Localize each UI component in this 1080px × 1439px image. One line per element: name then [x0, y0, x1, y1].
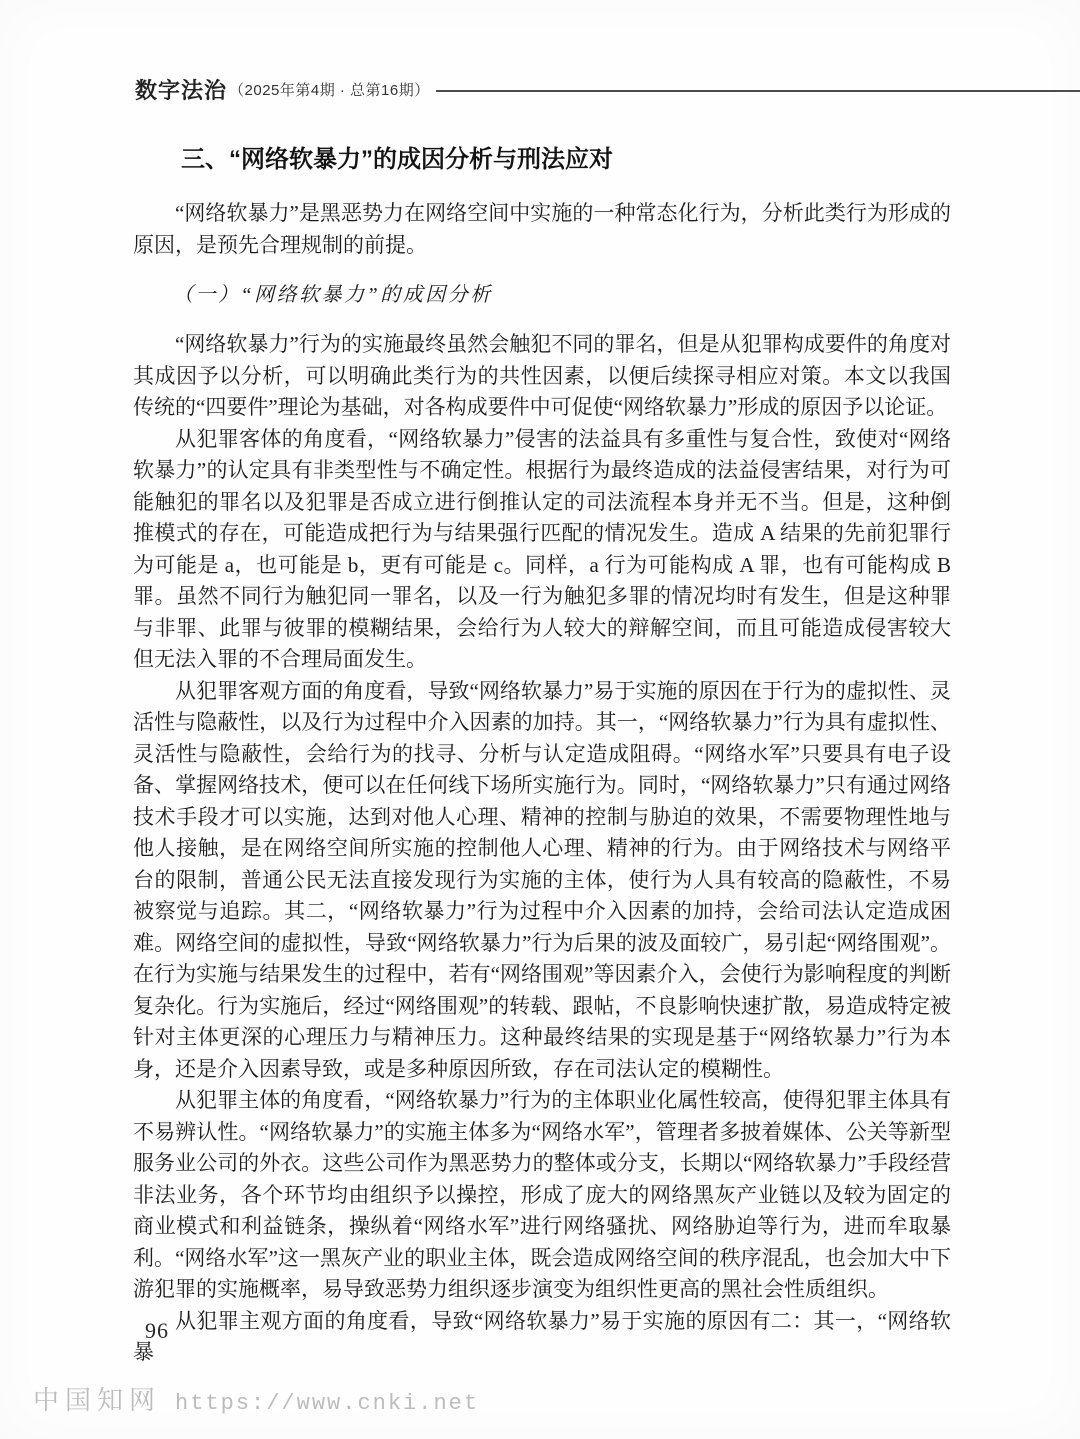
header-rule: [436, 90, 1080, 92]
watermark-site-name: 中国知网: [33, 1380, 161, 1417]
scanned-paper-page: 数字法治 （2025年第4期 · 总第16期） 三、“网络软暴力”的成因分析与刑…: [0, 0, 1080, 1439]
section-heading: 三、“网络软暴力”的成因分析与刑法应对: [133, 142, 951, 178]
body-paragraph-5-partial: 从犯罪主观方面的角度看，导致“网络软暴力”易于实施的原因有二：其一，“网络软暴: [133, 1306, 951, 1369]
intro-paragraph: “网络软暴力”是黑恶势力在网络空间中实施的一种常态化行为，分析此类行为形成的原因…: [133, 198, 951, 261]
body-paragraph-4: 从犯罪主体的角度看，“网络软暴力”行为的主体职业化属性较高，使得犯罪主体具有不易…: [133, 1085, 951, 1306]
body-paragraph-1: “网络软暴力”行为的实施最终虽然会触犯不同的罪名，但是从犯罪构成要件的角度对其成…: [133, 329, 951, 424]
watermark-url: https://www.cnki.net: [175, 1391, 479, 1416]
cnki-watermark: 中国知网 https://www.cnki.net: [33, 1380, 479, 1417]
body-paragraph-2: 从犯罪客体的角度看，“网络软暴力”侵害的法益具有多重性与复合性，致使对“网络软暴…: [133, 424, 951, 676]
body-paragraph-3: 从犯罪客观方面的角度看，导致“网络软暴力”易于实施的原因在于行为的虚拟性、灵活性…: [133, 676, 951, 1086]
issue-info: （2025年第4期 · 总第16期）: [229, 79, 430, 100]
subsection-heading: （一）“网络软暴力”的成因分析: [133, 279, 951, 311]
running-head: 数字法治 （2025年第4期 · 总第16期）: [135, 74, 1080, 105]
journal-name: 数字法治: [135, 74, 227, 105]
article-body: 三、“网络软暴力”的成因分析与刑法应对 “网络软暴力”是黑恶势力在网络空间中实施…: [133, 142, 951, 1369]
page-number: 96: [145, 1318, 169, 1344]
